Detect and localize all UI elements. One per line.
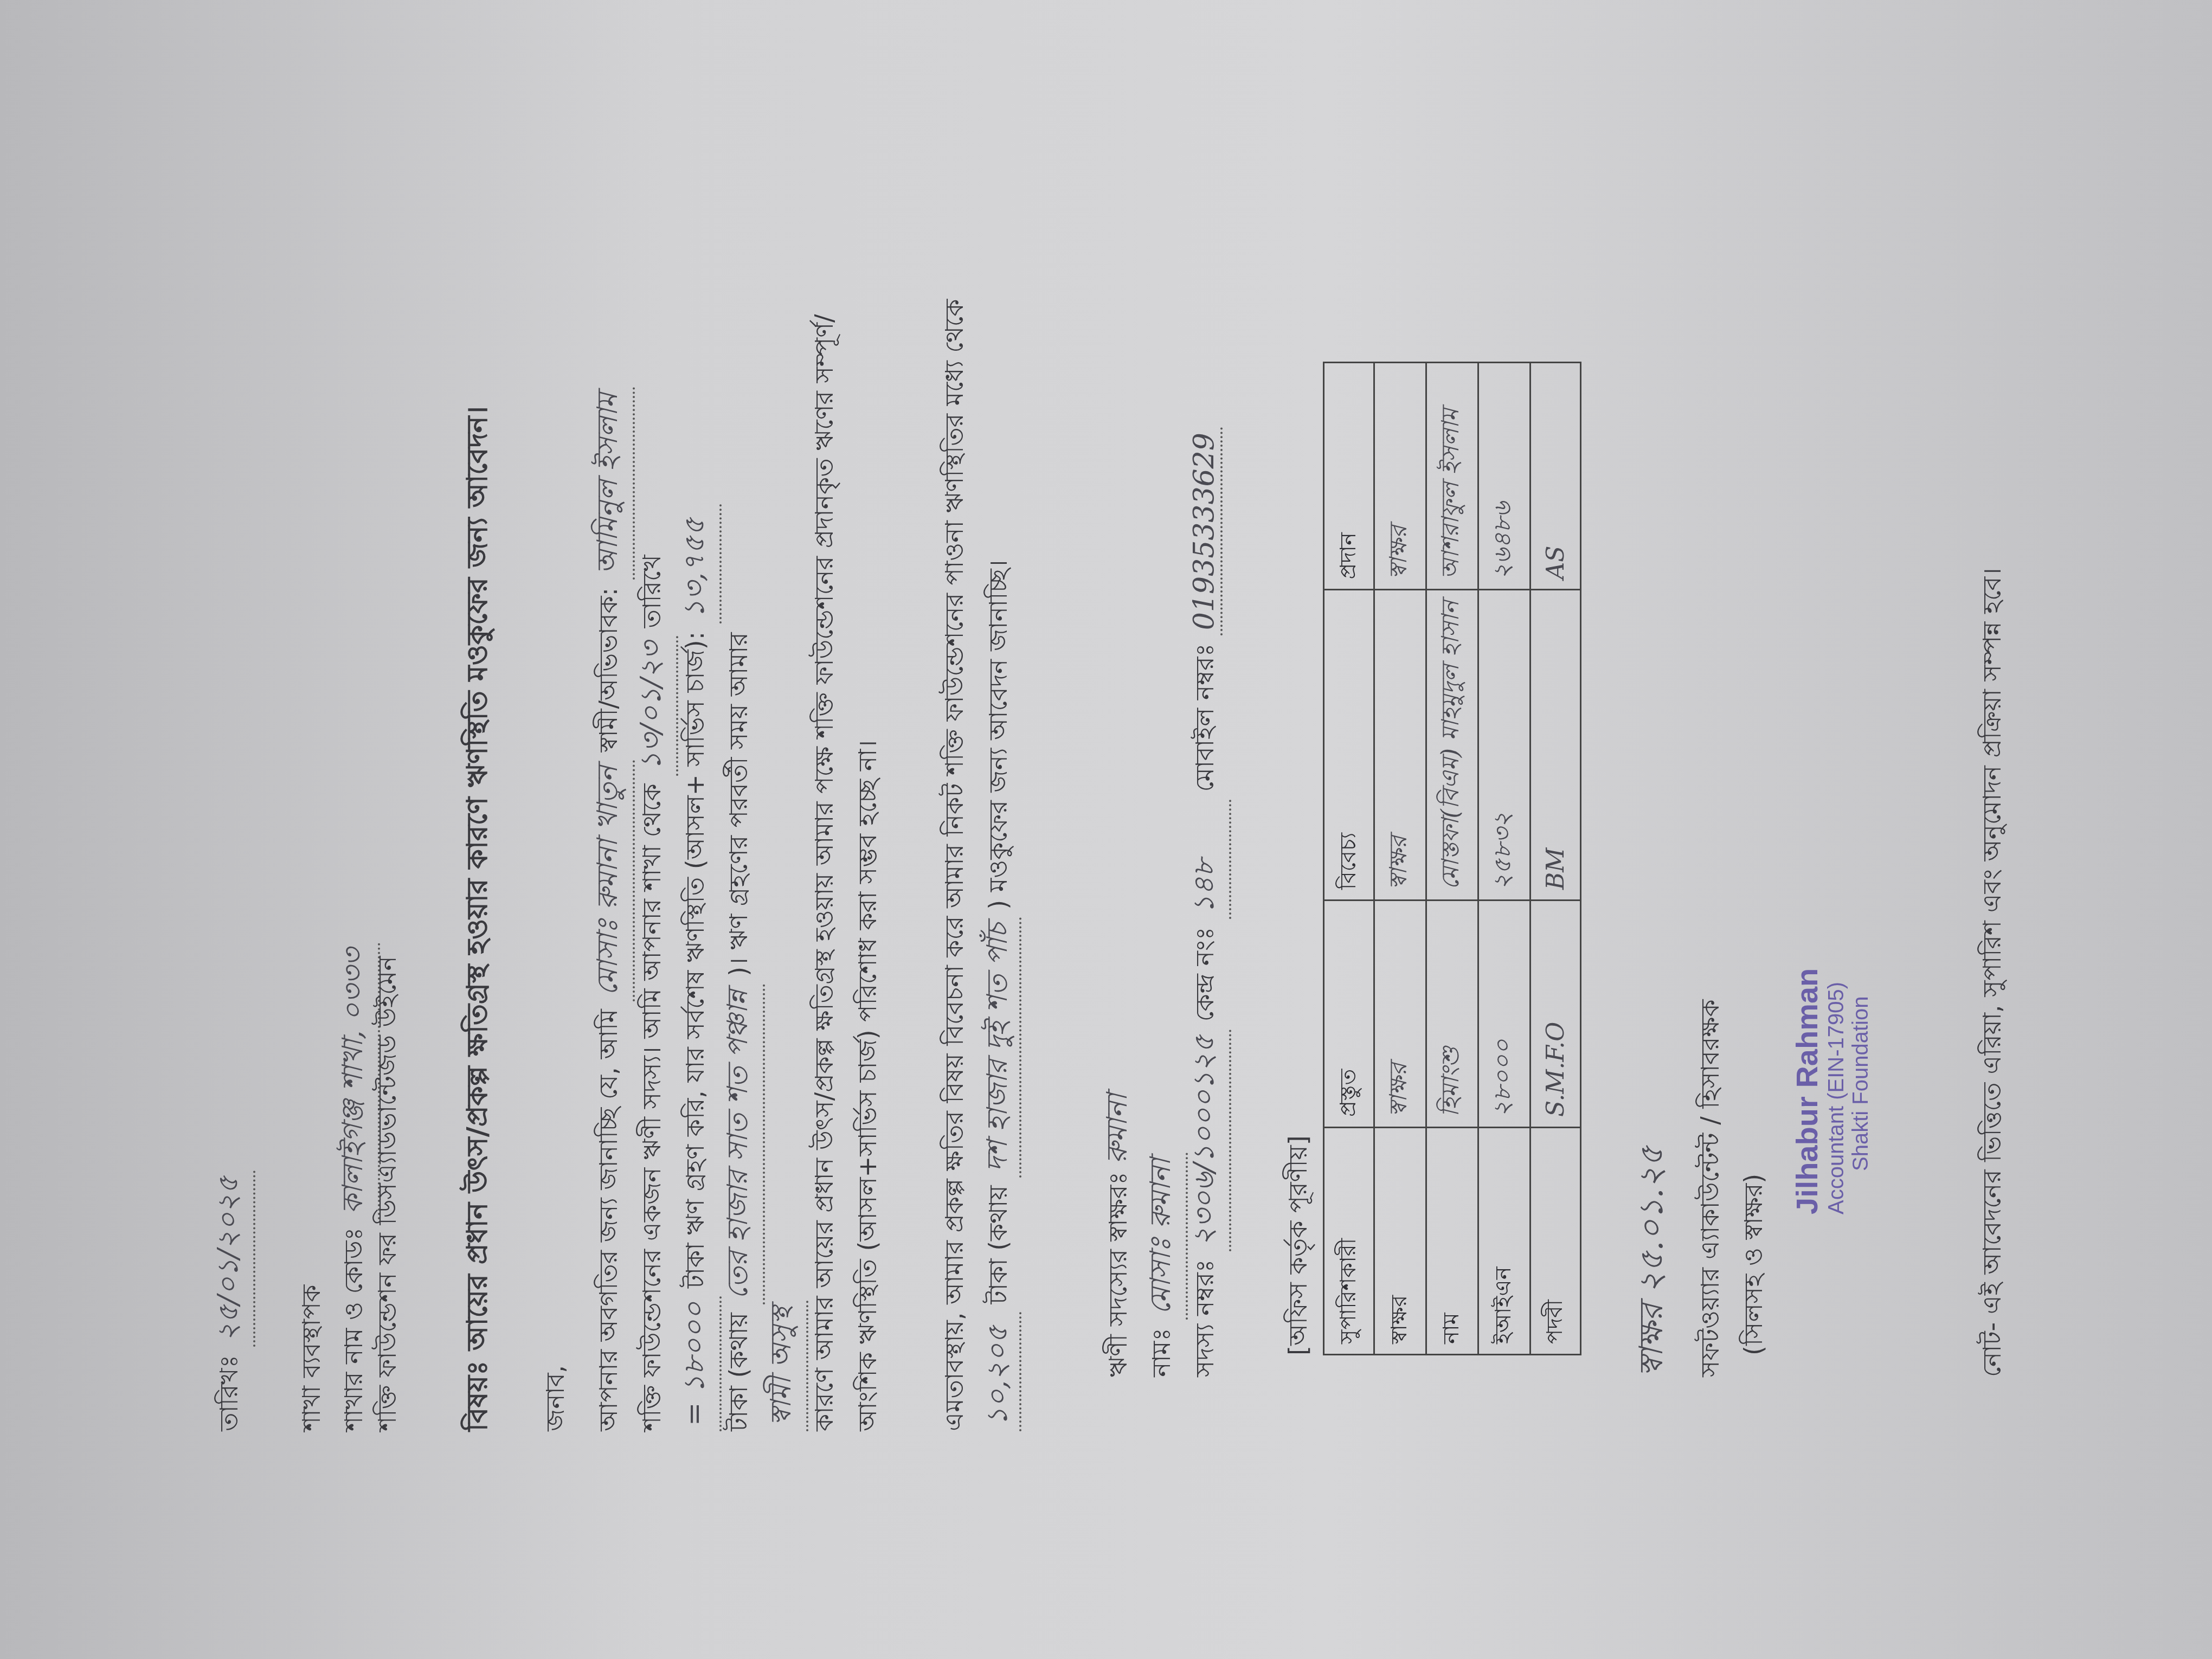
- table-row: নাম হিমাংশু মোস্তফা(বিএম) মাহমুদুল হাসান…: [1426, 363, 1478, 1355]
- body-text: স্বামী/অভিভাবক:: [594, 588, 623, 753]
- accountant-stamp: Jilhabur Rahman Accountant (EIN-17905) S…: [1789, 968, 1873, 1214]
- branch-label: শাখার নাম ও কোডঃ: [339, 1227, 368, 1431]
- table-header: প্রদান: [1324, 363, 1374, 590]
- guardian-name: আমিনুল ইসলাম: [586, 387, 635, 580]
- date-value: ২৫/০১/২০২৫: [206, 1171, 255, 1347]
- body-line-3: = ১৮০০০ টাকা ঋণ গ্রহণ করি, যার সর্বশেষ ঋ…: [672, 504, 722, 1431]
- loan-amount: = ১৮০০০: [672, 1296, 722, 1431]
- table-cell: হিমাংশু: [1426, 901, 1478, 1128]
- table-cell: আশরাফুল ইসলাম: [1426, 363, 1478, 590]
- table-cell: ২৫৮৩২: [1478, 590, 1531, 901]
- row-label: স্বাক্ষর: [1374, 1128, 1426, 1355]
- loss-cause: স্বামী অসুস্থ: [759, 1301, 808, 1431]
- recipient-title: শাখা ব্যবস্থাপক: [293, 1285, 334, 1431]
- waiver-amount: ১০,২০৫: [976, 1312, 1021, 1431]
- body-text: এমতাবস্থায়, আমার প্রকল্প ক্ষতির বিষয় ব…: [940, 299, 969, 1431]
- table-cell: স্বাক্ষর: [1374, 901, 1426, 1128]
- member-signature: রুমানা: [1101, 1094, 1134, 1164]
- waiver-in-words: দশ হাজার দুই শত পাঁচ: [976, 917, 1021, 1177]
- stamp-org: Shakti Foundation: [1849, 968, 1873, 1214]
- subject-line: বিষয়ঃ আয়ের প্রধান উৎস/প্রকল্প ক্ষতিগ্র…: [455, 406, 503, 1431]
- footnote: নোট- এই আবেদনের ভিত্তিতে এরিয়া, সুপারিশ…: [1973, 568, 2015, 1377]
- row-label: ইআইএন: [1478, 1128, 1531, 1355]
- body-text: ) মওকুফের জন্য আবেদন জানাচ্ছি।: [983, 560, 1013, 910]
- approver-signature: স্বাক্ষর ২৫.০১.২৫: [1626, 1146, 1681, 1377]
- stamp-name: Jilhabur Rahman: [1789, 968, 1824, 1214]
- member-ids-line: সদস্য নম্বরঃ ২৩০৬/১০০০১২৫ কেন্দ্র নংঃ ১৪…: [1182, 427, 1231, 1377]
- table-row: ইআইএন ২৮০০০ ২৫৮৩২ ২৬৪৮৬: [1478, 363, 1531, 1355]
- body-line-5: স্বামী অসুস্থ: [759, 1301, 808, 1431]
- body-line-2: শক্তি ফাউন্ডেশনের একজন ঋণী সদস্য। আমি আপ…: [629, 555, 678, 1431]
- center-label: কেন্দ্র নংঃ: [1190, 927, 1219, 1021]
- date-line: তারিখঃ ২৫/০১/২০২৫: [206, 1171, 255, 1431]
- stamp-title: Accountant (EIN-17905): [1824, 968, 1849, 1214]
- table-header: প্রস্তুত: [1324, 901, 1374, 1128]
- body-text: আপনার অবগতির জন্য জানাচ্ছি যে, আমি: [594, 1009, 623, 1431]
- scanned-form-sheet: তারিখঃ ২৫/০১/২০২৫ শাখা ব্যবস্থাপক শাখার …: [0, 0, 2212, 1659]
- name-label: নামঃ: [1147, 1328, 1176, 1377]
- table-cell: ২৬৪৮৬: [1478, 363, 1531, 590]
- table-cell: স্বাক্ষর: [1374, 590, 1426, 901]
- body-line-4: টাকা (কথায় তের হাজার সাত শত পঞ্চান্ন )।…: [716, 632, 765, 1431]
- borrower-name: মোসাঃ রুমানা খাতুন: [586, 760, 635, 1001]
- body-text: তারিখে: [637, 555, 666, 628]
- office-approval-table: সুপারিশকারী প্রস্তুত বিবেচ্য প্রদান স্বা…: [1323, 362, 1581, 1356]
- outstanding-balance: ১৩,৭৫৫: [672, 504, 722, 623]
- body-line-1: আপনার অবগতির জন্য জানাচ্ছি যে, আমি মোসাঃ…: [586, 387, 635, 1431]
- table-header: সুপারিশকারী: [1324, 1128, 1374, 1355]
- table-header-row: সুপারিশকারী প্রস্তুত বিবেচ্য প্রদান: [1324, 363, 1374, 1355]
- approver-note: (সিলসহ ও স্বাক্ষর): [1735, 1174, 1776, 1355]
- member-number: ২৩০৬/১০০০১২৫: [1182, 1030, 1231, 1251]
- mobile-number: 01935333629: [1188, 427, 1223, 635]
- table-row: স্বাক্ষর স্বাক্ষর স্বাক্ষর স্বাক্ষর: [1374, 363, 1426, 1355]
- organization-name: শক্তি ফাউন্ডেশন ফর ডিসএ্যাডভান্টেজড উইমে…: [369, 956, 410, 1431]
- loan-date: ১৩/০১/২৩: [629, 636, 678, 776]
- body-text: টাকা (কথায়: [983, 1185, 1013, 1304]
- body-text: টাকা (কথায়: [724, 1313, 753, 1431]
- row-label: পদবী: [1531, 1128, 1581, 1355]
- office-section-title: [অফিস কর্তৃক পূরণীয়]: [1279, 1135, 1321, 1355]
- body-text: শক্তি ফাউন্ডেশনের একজন ঋণী সদস্য। আমি আপ…: [637, 783, 666, 1431]
- date-label: তারিখঃ: [214, 1355, 243, 1431]
- table-cell: BM: [1531, 590, 1581, 901]
- mobile-label: মোবাইল নম্বরঃ: [1190, 644, 1219, 792]
- body-text: )। ঋণ গ্রহণের পরবর্তী সময় আমার: [724, 632, 753, 976]
- member-no-label: সদস্য নম্বরঃ: [1190, 1259, 1219, 1377]
- table-cell: মোস্তফা(বিএম) মাহমুদুল হাসান: [1426, 590, 1478, 901]
- table-row: পদবী S.M.F.O BM AS: [1531, 363, 1581, 1355]
- table-header: বিবেচ্য: [1324, 590, 1374, 901]
- body-text: টাকা ঋণ গ্রহণ করি, যার সর্বশেষ ঋণস্থিতি …: [680, 632, 710, 1289]
- body-paragraph-2: এমতাবস্থায়, আমার প্রকল্প ক্ষতির বিষয় ব…: [933, 239, 1021, 1431]
- table-cell: ২৮০০০: [1478, 901, 1531, 1128]
- center-number: ১৪৮: [1182, 800, 1231, 919]
- table-cell: স্বাক্ষর: [1374, 363, 1426, 590]
- member-signature-line: ঋণী সদস্যের স্বাক্ষরঃ রুমানা: [1095, 1094, 1142, 1377]
- salutation: জনাব,: [537, 1365, 578, 1431]
- approver-role: সফটওয়্যার এ্যাকাউন্টেন্ট / হিসাবরক্ষক: [1692, 999, 1733, 1377]
- member-name: মোসাঃ রুমানা: [1139, 1153, 1188, 1320]
- table-cell: S.M.F.O: [1531, 901, 1581, 1128]
- outstanding-in-words: তের হাজার সাত শত পঞ্চান্ন: [716, 984, 765, 1304]
- body-line-6: কারণে আমার আয়ের প্রধান উৎস/প্রকল্প ক্ষত…: [802, 239, 889, 1431]
- row-label: নাম: [1426, 1128, 1478, 1355]
- signature-label: ঋণী সদস্যের স্বাক্ষরঃ: [1103, 1172, 1133, 1377]
- table-cell: AS: [1531, 363, 1581, 590]
- member-name-line: নামঃ মোসাঃ রুমানা: [1139, 1153, 1188, 1377]
